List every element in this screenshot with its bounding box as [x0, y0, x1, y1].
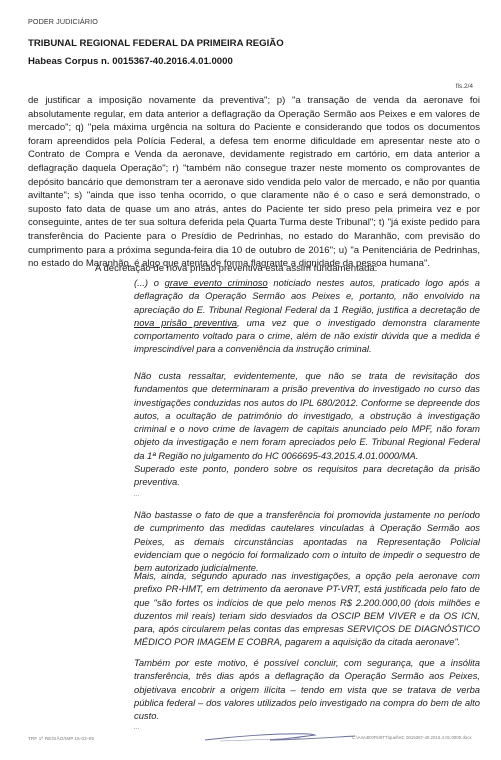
signature-icon [200, 728, 360, 748]
header-authority: PODER JUDICIÁRIO [28, 17, 98, 26]
quote-paragraph-1: (...) o grave evento criminoso noticiado… [134, 276, 480, 356]
underlined-phrase: nova prisão preventiva [134, 317, 237, 328]
footer-form-code: TRF 1ª REGIÃO/IMP.15-02-05 [28, 736, 94, 741]
quote-paragraph-4: Não bastasse o fato de que a transferênc… [134, 508, 480, 574]
underlined-phrase: grave evento criminoso [165, 277, 268, 288]
quote-paragraph-6: Também por este motivo, é possível concl… [134, 656, 480, 722]
quote-ellipsis: ... [134, 491, 140, 498]
header-case-number: Habeas Corpus n. 0015367-40.2016.4.01.00… [28, 56, 233, 67]
footer-file-path: C:\A4A4E0F5\9TT\quel\HC 0015367-40.2016.… [352, 735, 472, 740]
quote-text: (...) o [134, 277, 165, 288]
quote-paragraph-3: Superado este ponto, pondero sobre os re… [134, 462, 480, 489]
quote-paragraph-2: Não custa ressaltar, evidentemente, que … [134, 369, 480, 462]
header-court-name: TRIBUNAL REGIONAL FEDERAL DA PRIMEIRA RE… [28, 38, 284, 49]
folio-number: fls.2/4 [456, 83, 473, 90]
quote-paragraph-5: Mais, ainda, segundo apurado nas investi… [134, 569, 480, 649]
quote-intro: A decretação de nova prisão preventiva e… [95, 262, 377, 275]
body-paragraph: de justificar a imposição novamente da p… [28, 94, 480, 271]
quote-ellipsis: ... [134, 724, 140, 731]
